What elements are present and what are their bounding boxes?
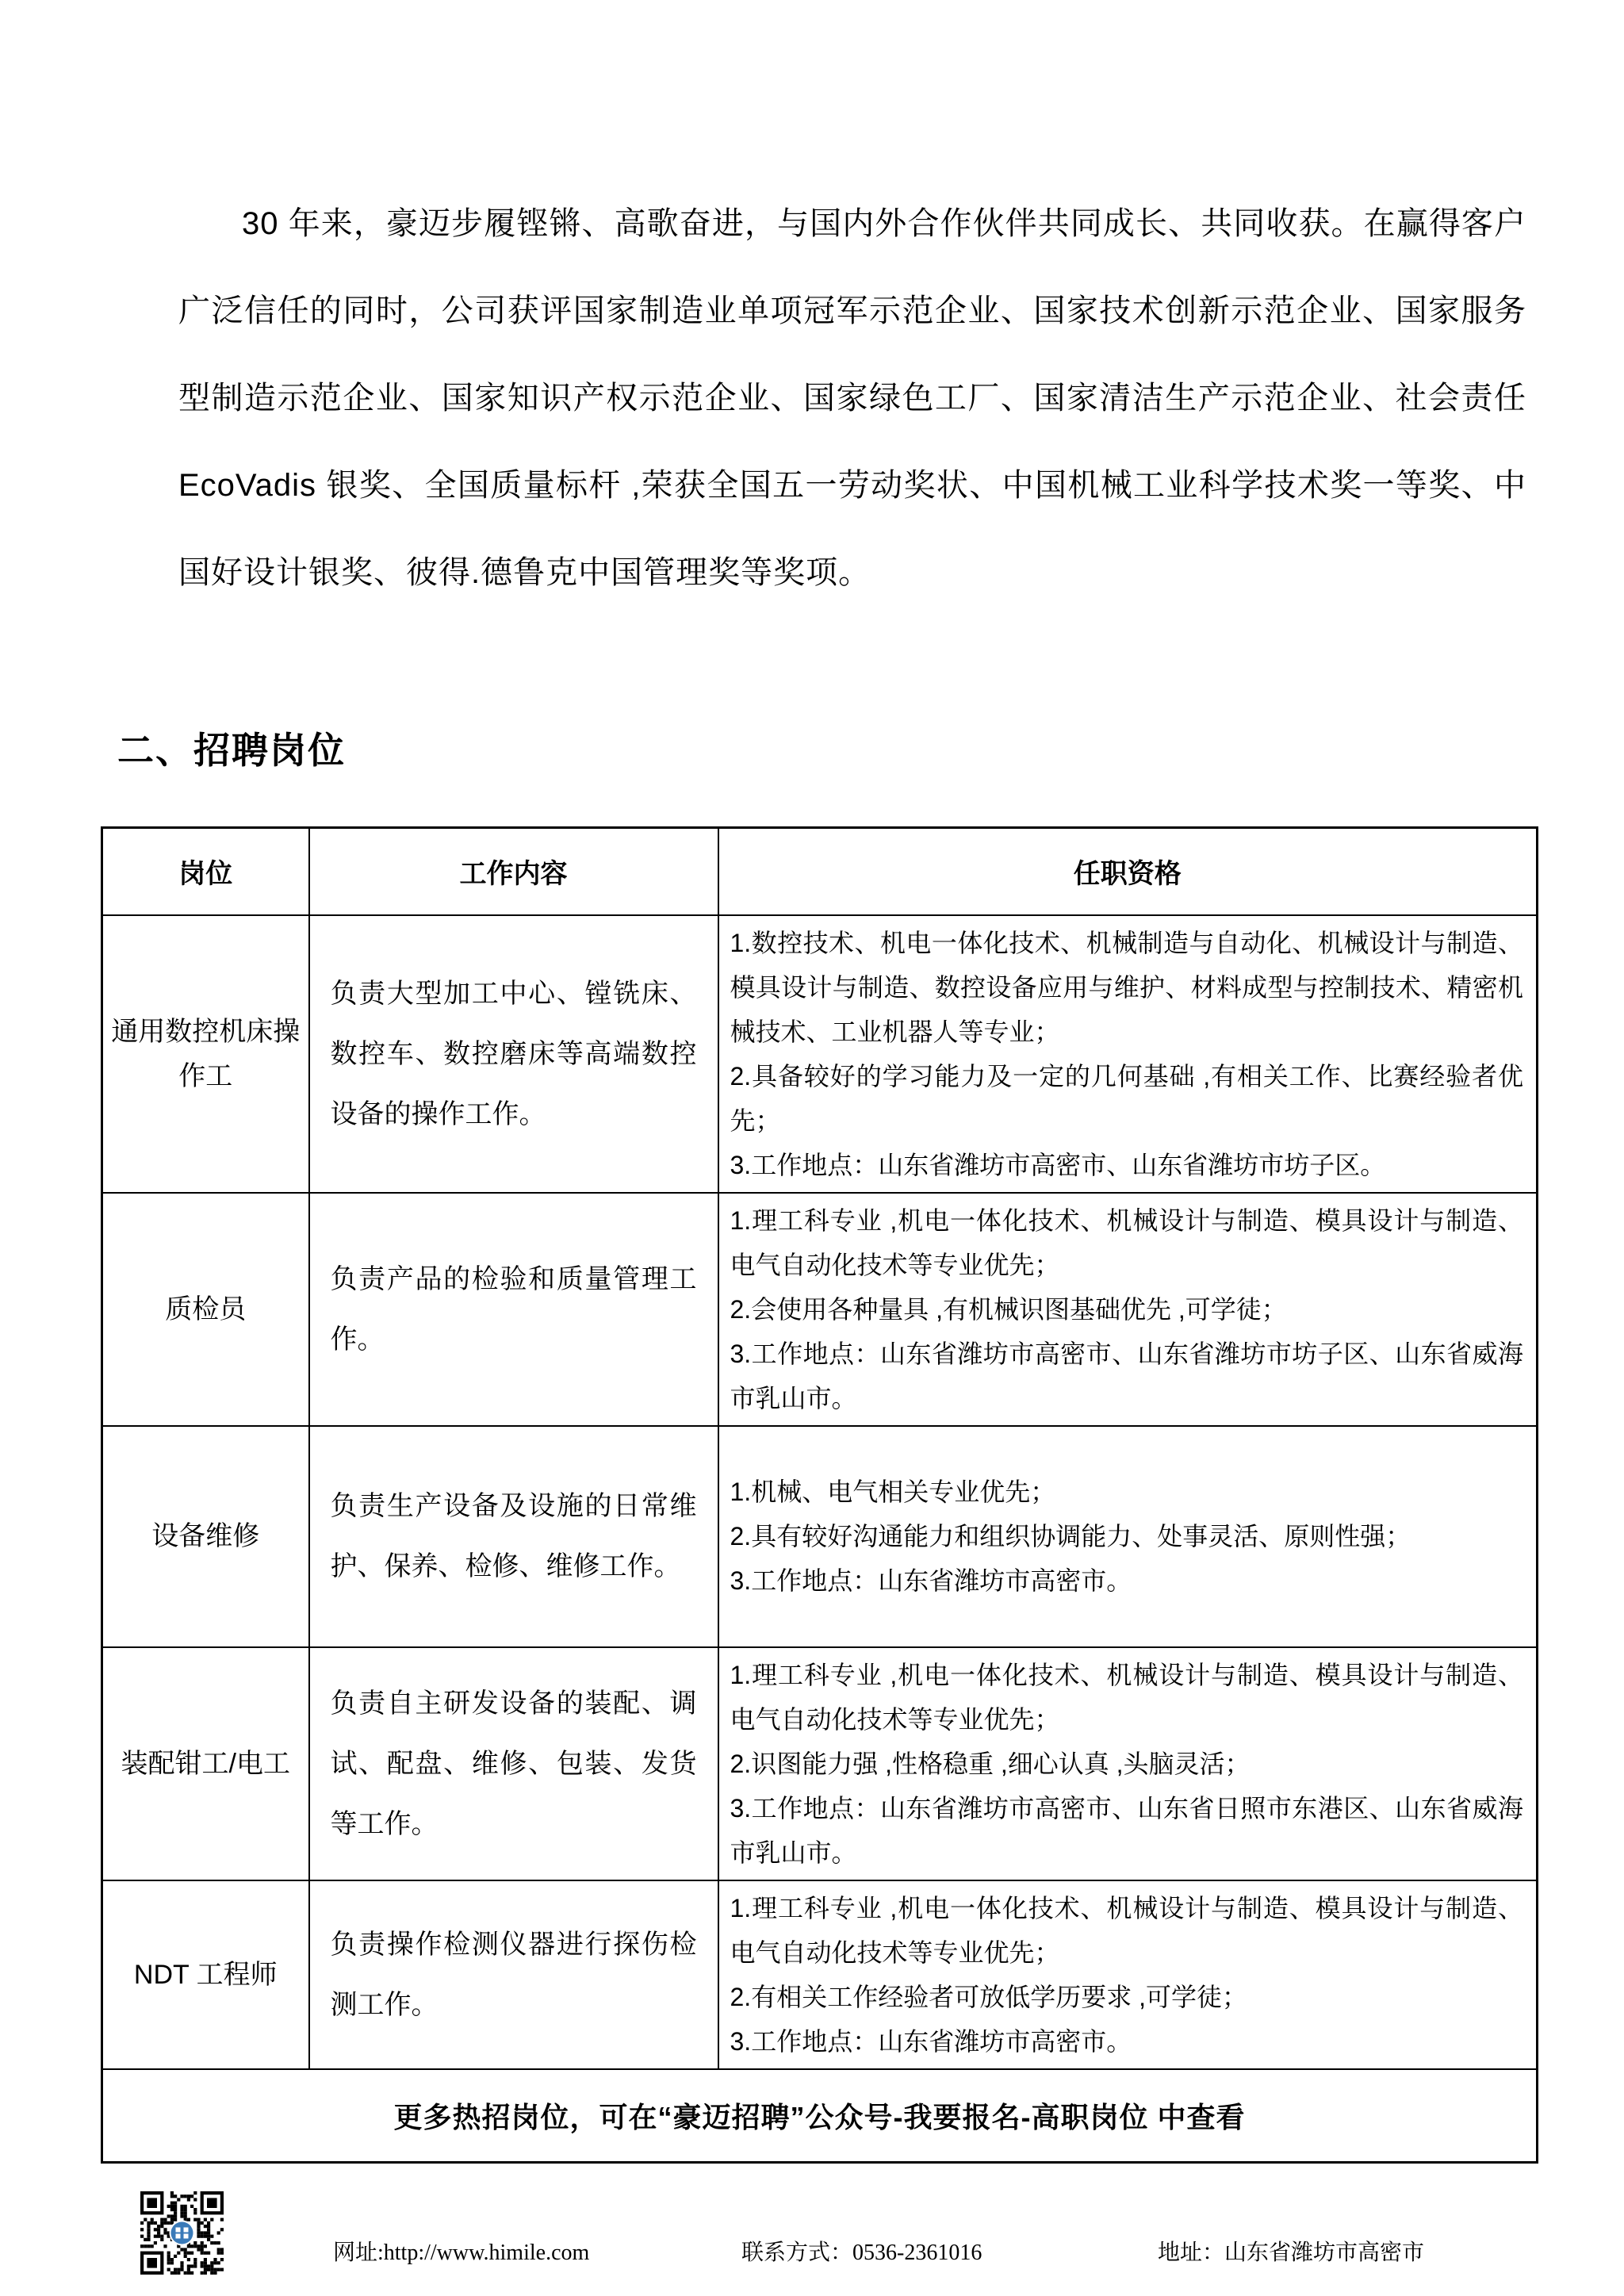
table-row: 通用数控机床操作工 负责大型加工中心、镗铣床、数控车、数控磨床等高端数控设备的操… <box>102 915 1538 1193</box>
intro-paragraph: 30 年来，豪迈步履铿锵、高歌奋进，与国内外合作伙伴共同成长、共同收获。在赢得客… <box>178 180 1526 616</box>
position-cell: 质检员 <box>102 1193 309 1426</box>
qualifications-cell: 1.理工科专业 ,机电一体化技术、机械设计与制造、模具设计与制造、电气自动化技术… <box>718 1880 1538 2069</box>
qualification-line: 2.具有较好沟通能力和组织协调能力、处事灵活、原则性强； <box>730 1514 1524 1558</box>
table-header-row: 岗位 工作内容 任职资格 <box>102 828 1538 915</box>
qualification-line: 2.识图能力强 ,性格稳重 ,细心认真 ,头脑灵活； <box>730 1742 1524 1786</box>
qualifications-cell: 1.数控技术、机电一体化技术、机械制造与自动化、机械设计与制造、模具设计与制造、… <box>718 915 1538 1193</box>
duties-cell: 负责产品的检验和质量管理工作。 <box>309 1193 718 1426</box>
recruitment-table: 岗位 工作内容 任职资格 通用数控机床操作工 负责大型加工中心、镗铣床、数控车、… <box>101 826 1538 2164</box>
qualification-line: 1.理工科专业 ,机电一体化技术、机械设计与制造、模具设计与制造、电气自动化技术… <box>730 1886 1524 1975</box>
table-row: 质检员 负责产品的检验和质量管理工作。 1.理工科专业 ,机电一体化技术、机械设… <box>102 1193 1538 1426</box>
position-cell: NDT 工程师 <box>102 1880 309 2069</box>
website-label: 网址:http://www.himile.com <box>333 2235 589 2267</box>
contact-label: 联系方式：0536-2361016 <box>741 2235 982 2267</box>
table-row: 装配钳工/电工 负责自主研发设备的装配、调试、配盘、维修、包装、发货等工作。 1… <box>102 1647 1538 1880</box>
qualification-line: 3.工作地点：山东省潍坊市高密市、山东省潍坊市坊子区、山东省威海市乳山市。 <box>730 1332 1524 1420</box>
qualification-line: 3.工作地点：山东省潍坊市高密市。 <box>730 1558 1524 1603</box>
qualification-line: 1.机械、电气相关专业优先； <box>730 1470 1524 1514</box>
wechat-qrcode-icon <box>140 2191 224 2275</box>
qualification-line: 2.具备较好的学习能力及一定的几何基础 ,有相关工作、比赛经验者优先； <box>730 1054 1524 1143</box>
qualification-line: 2.有相关工作经验者可放低学历要求 ,可学徒； <box>730 1975 1524 2019</box>
table-footer-row: 更多热招岗位，可在“豪迈招聘”公众号-我要报名-高职岗位 中查看 <box>102 2069 1538 2163</box>
position-cell: 通用数控机床操作工 <box>102 915 309 1193</box>
duties-cell: 负责生产设备及设施的日常维护、保养、检修、维修工作。 <box>309 1426 718 1647</box>
qualifications-cell: 1.机械、电气相关专业优先； 2.具有较好沟通能力和组织协调能力、处事灵活、原则… <box>718 1426 1538 1647</box>
section-heading: 二、招聘岗位 <box>117 722 346 774</box>
position-cell: 设备维修 <box>102 1426 309 1647</box>
table-row: NDT 工程师 负责操作检测仪器进行探伤检测工作。 1.理工科专业 ,机电一体化… <box>102 1880 1538 2069</box>
position-cell: 装配钳工/电工 <box>102 1647 309 1880</box>
duties-cell: 负责大型加工中心、镗铣床、数控车、数控磨床等高端数控设备的操作工作。 <box>309 915 718 1193</box>
duties-cell: 负责自主研发设备的装配、调试、配盘、维修、包装、发货等工作。 <box>309 1647 718 1880</box>
qualification-line: 3.工作地点：山东省潍坊市高密市、山东省潍坊市坊子区。 <box>730 1143 1524 1187</box>
qualification-line: 1.理工科专业 ,机电一体化技术、机械设计与制造、模具设计与制造、电气自动化技术… <box>730 1653 1524 1742</box>
document-page: 30 年来，豪迈步履铿锵、高歌奋进，与国内外合作伙伴共同成长、共同收获。在赢得客… <box>0 0 1624 2296</box>
qualification-line: 2.会使用各种量具 ,有机械识图基础优先 ,可学徒； <box>730 1287 1524 1332</box>
qualification-line: 1.理工科专业 ,机电一体化技术、机械设计与制造、模具设计与制造、电气自动化技术… <box>730 1198 1524 1287</box>
qualification-line: 3.工作地点：山东省潍坊市高密市、山东省日照市东港区、山东省威海市乳山市。 <box>730 1786 1524 1875</box>
table-footer-note: 更多热招岗位，可在“豪迈招聘”公众号-我要报名-高职岗位 中查看 <box>102 2069 1538 2163</box>
column-header-qualifications: 任职资格 <box>718 828 1538 915</box>
column-header-duties: 工作内容 <box>309 828 718 915</box>
qualification-line: 3.工作地点：山东省潍坊市高密市。 <box>730 2019 1524 2064</box>
address-label: 地址：山东省潍坊市高密市 <box>1158 2235 1424 2267</box>
qualification-line: 1.数控技术、机电一体化技术、机械制造与自动化、机械设计与制造、模具设计与制造、… <box>730 921 1524 1054</box>
column-header-position: 岗位 <box>102 828 309 915</box>
qualifications-cell: 1.理工科专业 ,机电一体化技术、机械设计与制造、模具设计与制造、电气自动化技术… <box>718 1193 1538 1426</box>
table-row: 设备维修 负责生产设备及设施的日常维护、保养、检修、维修工作。 1.机械、电气相… <box>102 1426 1538 1647</box>
qualifications-cell: 1.理工科专业 ,机电一体化技术、机械设计与制造、模具设计与制造、电气自动化技术… <box>718 1647 1538 1880</box>
duties-cell: 负责操作检测仪器进行探伤检测工作。 <box>309 1880 718 2069</box>
